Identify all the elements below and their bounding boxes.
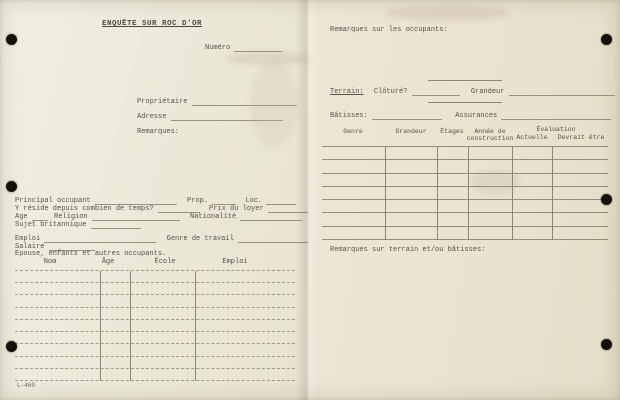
age-blank [32, 213, 48, 221]
age-religion-row: Age Religion Nationalité [15, 213, 302, 221]
col-header-genre: Genre [343, 128, 363, 135]
table-row [322, 160, 608, 173]
col-header-etages: Étages [440, 128, 463, 135]
principal-occupant-label: Principal occupant [15, 197, 91, 205]
sujet-britannique-row: Sujet britannique [15, 221, 141, 229]
punch-hole [6, 181, 17, 192]
adresse-label: Adresse [137, 113, 166, 121]
batisses-table-divider [468, 147, 469, 240]
batisses-table-divider [552, 147, 553, 240]
remarques-occupants-label: Remarques sur les occupants: [330, 26, 448, 34]
batisses-table-divider [437, 147, 438, 240]
prop-blank [212, 197, 236, 205]
cloture-blank [412, 88, 460, 96]
emploi-label: Emploi [15, 235, 40, 243]
genre-travail-label: Genre de travail [167, 235, 234, 243]
emploi-row: Emploi Genre de travail [15, 235, 324, 243]
table-row [322, 187, 608, 200]
reside-label: Y réside depuis combien de temps? [15, 205, 154, 213]
loc-label: Loc. [245, 197, 262, 205]
batisses-blank [372, 112, 442, 120]
numero-label: Numéro [205, 44, 230, 52]
numero-field: Numéro [205, 44, 282, 52]
principal-occupant-blank [95, 197, 177, 205]
famille-section-label: Epouse, enfants et autres occupants. [15, 250, 166, 258]
batisses-table-divider [512, 147, 513, 240]
punch-hole [601, 339, 612, 350]
center-rule-bottom [428, 102, 502, 103]
punch-hole [601, 194, 612, 205]
scanned-form: ENQUÊTE SUR ROC D'OR Numéro Propriétaire… [0, 0, 620, 400]
col-header-nom: Nom [44, 258, 57, 266]
emploi-blank [44, 235, 156, 243]
famille-table [15, 270, 295, 381]
prop-label: Prop. [187, 197, 208, 205]
nationalite-blank [240, 213, 302, 221]
center-rule-top [428, 80, 502, 81]
punch-hole [601, 34, 612, 45]
table-row [15, 271, 295, 283]
table-row [15, 357, 295, 369]
nationalite-label: Nationalité [190, 213, 236, 221]
col-header-emploi: Emploi [222, 258, 247, 266]
proprietaire-label: Propriétaire [137, 98, 187, 106]
table-row [322, 174, 608, 187]
table-row [15, 332, 295, 344]
famille-table-divider [130, 271, 131, 381]
page-fold [296, 0, 318, 400]
terrain-row: Terrain: Clôturé? Grandeur [330, 88, 615, 96]
col-header-grandeur: Grandeur [395, 128, 426, 135]
table-row [15, 344, 295, 356]
col-header-devrait-etre: Devrait être [558, 134, 605, 141]
sujet-britannique-label: Sujet britannique [15, 221, 86, 229]
cloture-label: Clôturé? [374, 88, 408, 96]
punch-hole [6, 34, 17, 45]
batisses-table-divider [385, 147, 386, 240]
terrain-label: Terrain: [330, 88, 364, 96]
col-header-age: Âge [102, 258, 115, 266]
table-row [15, 283, 295, 295]
grandeur-blank [509, 88, 615, 96]
col-header-ecole: École [154, 258, 175, 266]
famille-table-divider [195, 271, 196, 381]
assurances-label: Assurances [455, 112, 497, 120]
page-left: ENQUÊTE SUR ROC D'OR Numéro Propriétaire… [0, 0, 308, 400]
proprietaire-field: Propriétaire [137, 98, 297, 106]
table-row [322, 213, 608, 226]
religion-blank [92, 213, 180, 221]
religion-label: Religion [54, 213, 88, 221]
table-row [322, 227, 608, 240]
proprietaire-blank [192, 98, 297, 106]
grandeur-label: Grandeur [471, 88, 505, 96]
adresse-field: Adresse [137, 113, 283, 121]
numero-blank [234, 44, 282, 52]
table-row [15, 308, 295, 320]
batisses-table [322, 146, 608, 240]
principal-occupant-row: Principal occupant Prop. Loc. [15, 197, 296, 205]
loc-blank [266, 197, 296, 205]
adresse-blank [171, 113, 283, 121]
reside-row: Y réside depuis combien de temps? Prix d… [15, 205, 314, 213]
col-header-actuelle: Actuelle [516, 134, 547, 141]
form-number: L-460 [17, 382, 35, 389]
table-row [15, 320, 295, 332]
table-row [322, 147, 608, 160]
batisses-row: Bâtisses: Assurances [330, 112, 611, 120]
assurances-blank [501, 112, 611, 120]
form-title: ENQUÊTE SUR ROC D'OR [102, 20, 202, 28]
age-label: Age [15, 213, 28, 221]
punch-hole [6, 341, 17, 352]
remarques-label: Remarques: [137, 128, 179, 136]
table-row [15, 295, 295, 307]
col-header-annee-construction: Année de construction [464, 128, 516, 142]
famille-table-divider [100, 271, 101, 381]
sujet-britannique-blank [91, 221, 141, 229]
remarques-terrain-label: Remarques sur terrain et/ou bâtisses: [330, 246, 485, 254]
table-row [322, 200, 608, 213]
batisses-label: Bâtisses: [330, 112, 368, 120]
col-header-evaluation: Évaluation [536, 126, 575, 133]
prix-loyer-label: Prix du loyer [209, 205, 264, 213]
reside-blank [158, 205, 200, 213]
table-row [15, 369, 295, 381]
